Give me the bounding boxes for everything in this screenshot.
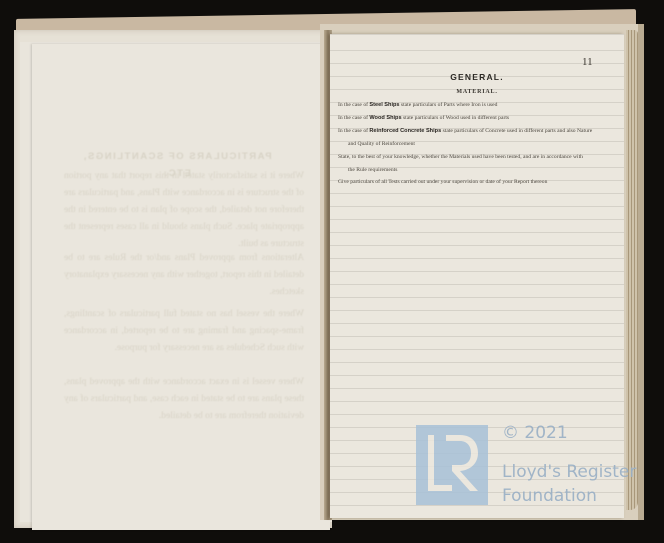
line-bold-text: Wood Ships <box>369 115 401 121</box>
form-line-wood-ships: In the case of Wood Ships state particul… <box>338 115 509 121</box>
bleed-through-paragraph: Where vessel is in exact accordance with… <box>64 374 304 425</box>
line-text: In the case of <box>338 115 369 121</box>
line-text: state particulars of Concrete used in di… <box>441 128 592 134</box>
form-line-materials-tested: State, to the best of your knowledge, wh… <box>338 154 583 160</box>
bleed-through-paragraph: Alterations from approved Plans and/or t… <box>64 250 304 301</box>
line-bold-text: Steel Ships <box>369 102 399 108</box>
page-number: 11 <box>582 56 593 68</box>
bleed-through-paragraph: Where it is satisfactorily stated in thi… <box>64 168 304 253</box>
watermark-org-name: Lloyd's Register <box>502 462 636 482</box>
line-text: state particulars of Parts where Iron is… <box>400 102 498 108</box>
form-line-steel-ships: In the case of Steel Ships state particu… <box>338 102 497 108</box>
line-text: In the case of <box>338 102 369 108</box>
line-text: In the case of <box>338 128 369 134</box>
watermark-copyright: © 2021 <box>502 423 568 443</box>
right-page-fore-edge <box>626 30 638 510</box>
line-bold-text: Reinforced Concrete Ships <box>369 128 441 134</box>
form-line-tests: Give particulars of all Tests carried ou… <box>338 179 547 185</box>
lr-logo-icon <box>416 425 488 505</box>
section-heading: GENERAL. <box>330 72 624 82</box>
section-subheading: MATERIAL. <box>330 89 624 95</box>
watermark-org-name-line2: Foundation <box>502 486 597 506</box>
form-line-rule-requirements: the Rule requirements <box>348 167 397 173</box>
bleed-through-paragraph: Where the vessel has no stated full part… <box>64 306 304 357</box>
left-page: PARTICULARS OF SCANTLINGS, ETC. Where it… <box>32 44 330 530</box>
form-line-reinforcement: and Quality of Reinforcement <box>348 141 415 147</box>
line-text: state particulars of Wood used in differ… <box>402 115 509 121</box>
form-line-reinforced-concrete-ships: In the case of Reinforced Concrete Ships… <box>338 128 592 134</box>
